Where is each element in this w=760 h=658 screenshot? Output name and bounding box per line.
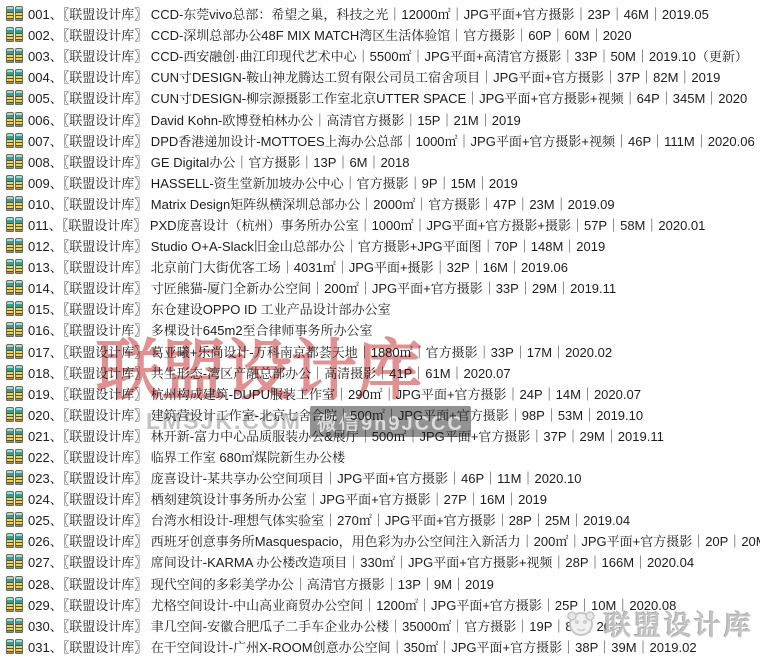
list-item-text: 025、〖联盟设计库〗 台湾水相设计-理想气体实验室｜270㎡｜JPG平面+官方… xyxy=(28,510,630,529)
list-item-text: 020、〖联盟设计库〗 建筑营设计工作室-北京七舍合院｜500㎡｜JPG平面+官… xyxy=(28,405,643,424)
list-item[interactable]: 021、〖联盟设计库〗 林开新-富力中心品质服装办公&展厅｜500㎡｜JPG平面… xyxy=(0,425,760,446)
list-item[interactable]: 016、〖联盟设计库〗 多棵设计645m2至合律师事务所办公室 xyxy=(0,319,760,340)
list-item[interactable]: 011、〖联盟设计库〗 PXD庞喜设计（杭州）事务所办公室｜1000㎡｜JPG平… xyxy=(0,214,760,235)
archive-folder-icon xyxy=(6,6,23,21)
list-item[interactable]: 004、〖联盟设计库〗 CUN寸DESIGN-鞍山神龙腾达工贸有限公司员工宿舍项… xyxy=(0,66,760,87)
list-item-text: 027、〖联盟设计库〗 席间设计-KARMA 办公楼改造项目｜330㎡｜JPG平… xyxy=(28,552,694,571)
list-item-text: 005、〖联盟设计库〗 CUN寸DESIGN-柳宗源摄影工作室北京UTTER S… xyxy=(28,88,747,107)
list-item-text: 023、〖联盟设计库〗 庞喜设计-某共享办公空间项目｜JPG平面+官方摄影｜46… xyxy=(28,468,581,487)
archive-folder-icon xyxy=(6,449,23,464)
archive-folder-icon xyxy=(6,154,23,169)
list-item[interactable]: 001、〖联盟设计库〗 CCD-东莞vivo总部：希望之巢，科技之光｜12000… xyxy=(0,3,760,24)
list-item[interactable]: 015、〖联盟设计库〗 东仓建设OPPO ID 工业产品设计部办公室 xyxy=(0,298,760,319)
list-item[interactable]: 019、〖联盟设计库〗 杭州构成建筑-DUPU服装工作室｜290㎡｜JPG平面+… xyxy=(0,383,760,404)
list-item-text: 007、〖联盟设计库〗 DPD香港递加设计-MOTTOES上海办公总部｜1000… xyxy=(28,131,755,150)
archive-folder-icon xyxy=(6,533,23,548)
archive-folder-icon xyxy=(6,322,23,337)
list-item-text: 018、〖联盟设计库〗 共生形态-湾区产融总部办公｜高清摄影｜41P｜61M｜2… xyxy=(28,363,511,382)
list-item-text: 004、〖联盟设计库〗 CUN寸DESIGN-鞍山神龙腾达工贸有限公司员工宿舍项… xyxy=(28,67,720,86)
archive-folder-icon xyxy=(6,470,23,485)
list-item-text: 017、〖联盟设计库〗 葛亚曦+乐尚设计-万科南京都荟天地｜1880㎡｜官方摄影… xyxy=(28,342,612,361)
archive-folder-icon xyxy=(6,576,23,591)
archive-folder-icon xyxy=(6,344,23,359)
list-item[interactable]: 008、〖联盟设计库〗 GE Digital办公｜官方摄影｜13P｜6M｜201… xyxy=(0,151,760,172)
list-item-text: 010、〖联盟设计库〗 Matrix Design矩阵纵横深圳总部办公｜2000… xyxy=(28,194,615,213)
archive-folder-icon xyxy=(6,618,23,633)
archive-folder-icon xyxy=(6,175,23,190)
archive-folder-icon xyxy=(6,512,23,527)
list-item[interactable]: 007、〖联盟设计库〗 DPD香港递加设计-MOTTOES上海办公总部｜1000… xyxy=(0,130,760,151)
archive-folder-icon xyxy=(6,491,23,506)
list-item-text: 011、〖联盟设计库〗 PXD庞喜设计（杭州）事务所办公室｜1000㎡｜JPG平… xyxy=(28,215,705,234)
list-item-text: 031、〖联盟设计库〗 在干空间设计-广州X-ROOM创意办公空间｜350㎡｜J… xyxy=(28,637,697,656)
archive-folder-icon xyxy=(6,196,23,211)
list-item-text: 030、〖联盟设计库〗 聿几空间-安徽合肥瓜子二手车企业办公楼｜35000㎡｜官… xyxy=(28,616,625,635)
list-item-text: 028、〖联盟设计库〗 现代空间的多彩美学办公｜高清官方摄影｜13P｜9M｜20… xyxy=(28,574,494,593)
archive-folder-icon xyxy=(6,112,23,127)
archive-folder-icon xyxy=(6,69,23,84)
list-item-text: 008、〖联盟设计库〗 GE Digital办公｜官方摄影｜13P｜6M｜201… xyxy=(28,152,409,171)
archive-folder-icon xyxy=(6,48,23,63)
list-item[interactable]: 009、〖联盟设计库〗 HASSELL-资生堂新加坡办公中心｜官方摄影｜9P｜1… xyxy=(0,172,760,193)
list-item[interactable]: 020、〖联盟设计库〗 建筑营设计工作室-北京七舍合院｜500㎡｜JPG平面+官… xyxy=(0,404,760,425)
list-item[interactable]: 031、〖联盟设计库〗 在干空间设计-广州X-ROOM创意办公空间｜350㎡｜J… xyxy=(0,636,760,657)
list-item-text: 014、〖联盟设计库〗 寸匠熊猫-厦门全新办公空间｜200㎡｜JPG平面+官方摄… xyxy=(28,278,616,297)
list-item-text: 001、〖联盟设计库〗 CCD-东莞vivo总部：希望之巢，科技之光｜12000… xyxy=(28,4,709,23)
archive-folder-icon xyxy=(6,27,23,42)
archive-folder-icon xyxy=(6,259,23,274)
list-item-text: 006、〖联盟设计库〗 David Kohn-欧博登柏林办公｜高清官方摄影｜15… xyxy=(28,110,521,129)
file-list: 001、〖联盟设计库〗 CCD-东莞vivo总部：希望之巢，科技之光｜12000… xyxy=(0,0,760,657)
list-item-text: 013、〖联盟设计库〗 北京前门大街优客工场｜4031㎡｜JPG平面+摄影｜32… xyxy=(28,257,568,276)
archive-folder-icon xyxy=(6,407,23,422)
list-item[interactable]: 014、〖联盟设计库〗 寸匠熊猫-厦门全新办公空间｜200㎡｜JPG平面+官方摄… xyxy=(0,277,760,298)
list-item[interactable]: 017、〖联盟设计库〗 葛亚曦+乐尚设计-万科南京都荟天地｜1880㎡｜官方摄影… xyxy=(0,341,760,362)
list-item-text: 024、〖联盟设计库〗 栖刻建筑设计事务所办公室｜JPG平面+官方摄影｜27P｜… xyxy=(28,489,547,508)
list-item[interactable]: 012、〖联盟设计库〗 Studio O+A-Slack旧金山总部办公｜官方摄影… xyxy=(0,235,760,256)
archive-folder-icon xyxy=(6,365,23,380)
list-item[interactable]: 025、〖联盟设计库〗 台湾水相设计-理想气体实验室｜270㎡｜JPG平面+官方… xyxy=(0,509,760,530)
list-item[interactable]: 026、〖联盟设计库〗 西班牙创意事务所Masquespacio，用色彩为办公空… xyxy=(0,530,760,551)
list-item[interactable]: 003、〖联盟设计库〗 CCD-西安融创·曲江印现代艺术中心｜5500㎡｜JPG… xyxy=(0,45,760,66)
list-item-text: 012、〖联盟设计库〗 Studio O+A-Slack旧金山总部办公｜官方摄影… xyxy=(28,236,605,255)
list-item-text: 003、〖联盟设计库〗 CCD-西安融创·曲江印现代艺术中心｜5500㎡｜JPG… xyxy=(28,46,748,65)
archive-folder-icon xyxy=(6,301,23,316)
archive-folder-icon xyxy=(6,217,23,232)
list-item[interactable]: 013、〖联盟设计库〗 北京前门大街优客工场｜4031㎡｜JPG平面+摄影｜32… xyxy=(0,256,760,277)
list-item[interactable]: 024、〖联盟设计库〗 栖刻建筑设计事务所办公室｜JPG平面+官方摄影｜27P｜… xyxy=(0,488,760,509)
list-item[interactable]: 023、〖联盟设计库〗 庞喜设计-某共享办公空间项目｜JPG平面+官方摄影｜46… xyxy=(0,467,760,488)
archive-folder-icon xyxy=(6,554,23,569)
archive-folder-icon xyxy=(6,386,23,401)
list-item[interactable]: 010、〖联盟设计库〗 Matrix Design矩阵纵横深圳总部办公｜2000… xyxy=(0,193,760,214)
list-item-text: 002、〖联盟设计库〗 CCD-深圳总部办公48F MIX MATCH湾区生活体… xyxy=(28,25,632,44)
list-item[interactable]: 029、〖联盟设计库〗 尤格空间设计-中山高业商贸办公空间｜1200㎡｜JPG平… xyxy=(0,594,760,615)
list-item-text: 019、〖联盟设计库〗 杭州构成建筑-DUPU服装工作室｜290㎡｜JPG平面+… xyxy=(28,384,641,403)
list-item[interactable]: 002、〖联盟设计库〗 CCD-深圳总部办公48F MIX MATCH湾区生活体… xyxy=(0,24,760,45)
list-item[interactable]: 027、〖联盟设计库〗 席间设计-KARMA 办公楼改造项目｜330㎡｜JPG平… xyxy=(0,551,760,572)
list-item-text: 029、〖联盟设计库〗 尤格空间设计-中山高业商贸办公空间｜1200㎡｜JPG平… xyxy=(28,595,676,614)
list-item-text: 026、〖联盟设计库〗 西班牙创意事务所Masquespacio，用色彩为办公空… xyxy=(28,531,760,550)
archive-folder-icon xyxy=(6,280,23,295)
list-item-text: 021、〖联盟设计库〗 林开新-富力中心品质服装办公&展厅｜500㎡｜JPG平面… xyxy=(28,426,664,445)
list-item[interactable]: 005、〖联盟设计库〗 CUN寸DESIGN-柳宗源摄影工作室北京UTTER S… xyxy=(0,87,760,108)
list-item[interactable]: 022、〖联盟设计库〗 临界工作室 680㎡煤院新生办公楼 xyxy=(0,446,760,467)
list-item-text: 022、〖联盟设计库〗 临界工作室 680㎡煤院新生办公楼 xyxy=(28,447,345,466)
list-item[interactable]: 030、〖联盟设计库〗 聿几空间-安徽合肥瓜子二手车企业办公楼｜35000㎡｜官… xyxy=(0,615,760,636)
archive-folder-icon xyxy=(6,133,23,148)
archive-folder-icon xyxy=(6,639,23,654)
list-item-text: 009、〖联盟设计库〗 HASSELL-资生堂新加坡办公中心｜官方摄影｜9P｜1… xyxy=(28,173,518,192)
list-item[interactable]: 018、〖联盟设计库〗 共生形态-湾区产融总部办公｜高清摄影｜41P｜61M｜2… xyxy=(0,362,760,383)
list-item-text: 015、〖联盟设计库〗 东仓建设OPPO ID 工业产品设计部办公室 xyxy=(28,299,391,318)
archive-folder-icon xyxy=(6,597,23,612)
list-item[interactable]: 028、〖联盟设计库〗 现代空间的多彩美学办公｜高清官方摄影｜13P｜9M｜20… xyxy=(0,573,760,594)
archive-folder-icon xyxy=(6,90,23,105)
list-item-text: 016、〖联盟设计库〗 多棵设计645m2至合律师事务所办公室 xyxy=(28,320,373,339)
archive-folder-icon xyxy=(6,428,23,443)
list-item[interactable]: 006、〖联盟设计库〗 David Kohn-欧博登柏林办公｜高清官方摄影｜15… xyxy=(0,108,760,129)
archive-folder-icon xyxy=(6,238,23,253)
